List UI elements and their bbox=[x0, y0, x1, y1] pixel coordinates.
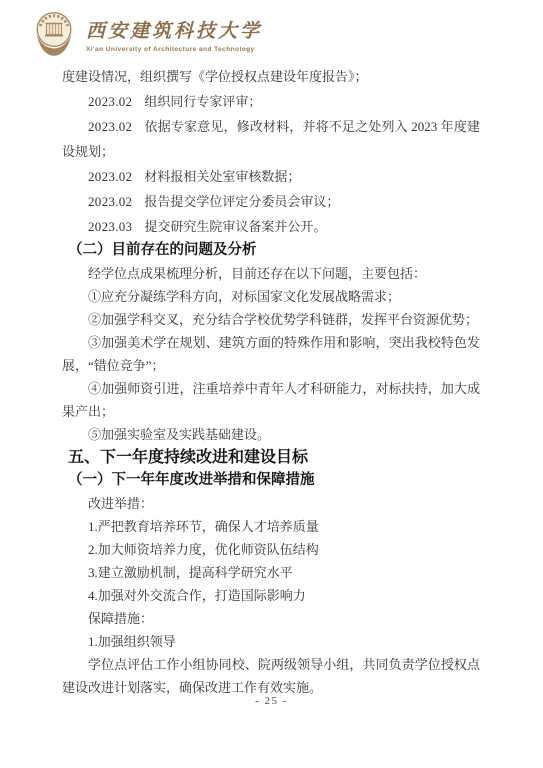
timeline-row: 2023.02依据专家意见，修改材料，并将不足之处列入 2023 年度建设规划； bbox=[62, 114, 480, 164]
timeline-row: 2023.03提交研究生院审议备案并公开。 bbox=[62, 214, 480, 239]
problem-item: ⑤加强实验室及实践基础建设。 bbox=[62, 423, 480, 446]
university-name-en: Xi'an University of Architecture and Tec… bbox=[86, 46, 262, 53]
improvement-item: 1.严把教育培养环节，确保人才培养质量 bbox=[62, 515, 480, 538]
header-logo: 西安建筑科技大学 Xi'an University of Architectur… bbox=[33, 10, 262, 57]
timeline-date: 2023.03 bbox=[88, 219, 132, 234]
university-name-cn: 西安建筑科技大学 bbox=[86, 16, 262, 43]
timeline-block: 度建设情况，组织撰写《学位授权点建设年度报告》； 2023.02组织同行专家评审… bbox=[62, 64, 480, 239]
safeguard-lead: 1.加强组织领导 bbox=[62, 630, 480, 653]
timeline-row: 2023.02材料报相关处室审核数据； bbox=[62, 164, 480, 189]
timeline-date: 2023.02 bbox=[88, 119, 132, 134]
timeline-text: 组织同行专家评审； bbox=[144, 94, 261, 109]
improve-label: 改进举措： bbox=[62, 492, 480, 515]
timeline-row: 2023.02报告提交学位评定分委员会审议； bbox=[62, 189, 480, 214]
improvement-item: 4.加强对外交流合作，打造国际影响力 bbox=[62, 584, 480, 607]
section5-heading: 五、下一年度持续改进和建设目标 bbox=[62, 446, 480, 469]
paragraph-continuation: 度建设情况，组织撰写《学位授权点建设年度报告》； bbox=[62, 64, 480, 89]
improvement-item: 3.建立激励机制，提高科学研究水平 bbox=[62, 561, 480, 584]
safeguard-label: 保障措施： bbox=[62, 607, 480, 630]
problem-item: ②加强学科交叉，充分结合学校优势学科链群，发挥平台资源优势； bbox=[62, 308, 480, 331]
timeline-date: 2023.02 bbox=[88, 169, 132, 184]
timeline-date: 2023.02 bbox=[88, 194, 132, 209]
body-text: 度建设情况，组织撰写《学位授权点建设年度报告》； 2023.02组织同行专家评审… bbox=[62, 64, 480, 699]
section2-intro: 经学位点成果梳理分析，目前还存在以下问题，主要包括： bbox=[62, 262, 480, 285]
document-page: 西安建筑科技大学 Xi'an University of Architectur… bbox=[0, 0, 543, 768]
section5-sub-heading: （一）下一年年度改进举措和保障措施 bbox=[62, 469, 480, 492]
improvement-item: 2.加大师资培养力度，优化师资队伍结构 bbox=[62, 538, 480, 561]
problem-item: ④加强师资引进，注重培养中青年人才科研能力，对标扶持，加大成果产出； bbox=[62, 377, 480, 423]
timeline-text: 材料报相关处室审核数据； bbox=[144, 169, 300, 184]
university-seal-icon bbox=[33, 10, 75, 57]
timeline-date: 2023.02 bbox=[88, 94, 132, 109]
safeguard-paragraph: 学位点评估工作小组协同校、院两级领导小组，共同负责学位授权点建设改进计划落实，确… bbox=[62, 653, 480, 699]
page-number: - 25 - bbox=[0, 695, 543, 707]
timeline-row: 2023.02组织同行专家评审； bbox=[62, 89, 480, 114]
section2-heading: （二）目前存在的问题及分析 bbox=[62, 239, 480, 262]
problem-item: ③加强美术学在规划、建筑方面的特殊作用和影响，突出我校特色发展，“错位竞争”； bbox=[62, 331, 480, 377]
university-name-block: 西安建筑科技大学 Xi'an University of Architectur… bbox=[86, 16, 262, 53]
timeline-text: 提交研究生院审议备案并公开。 bbox=[144, 219, 326, 234]
problem-item: ①应充分凝练学科方向，对标国家文化发展战略需求； bbox=[62, 285, 480, 308]
timeline-text: 报告提交学位评定分委员会审议； bbox=[144, 194, 339, 209]
